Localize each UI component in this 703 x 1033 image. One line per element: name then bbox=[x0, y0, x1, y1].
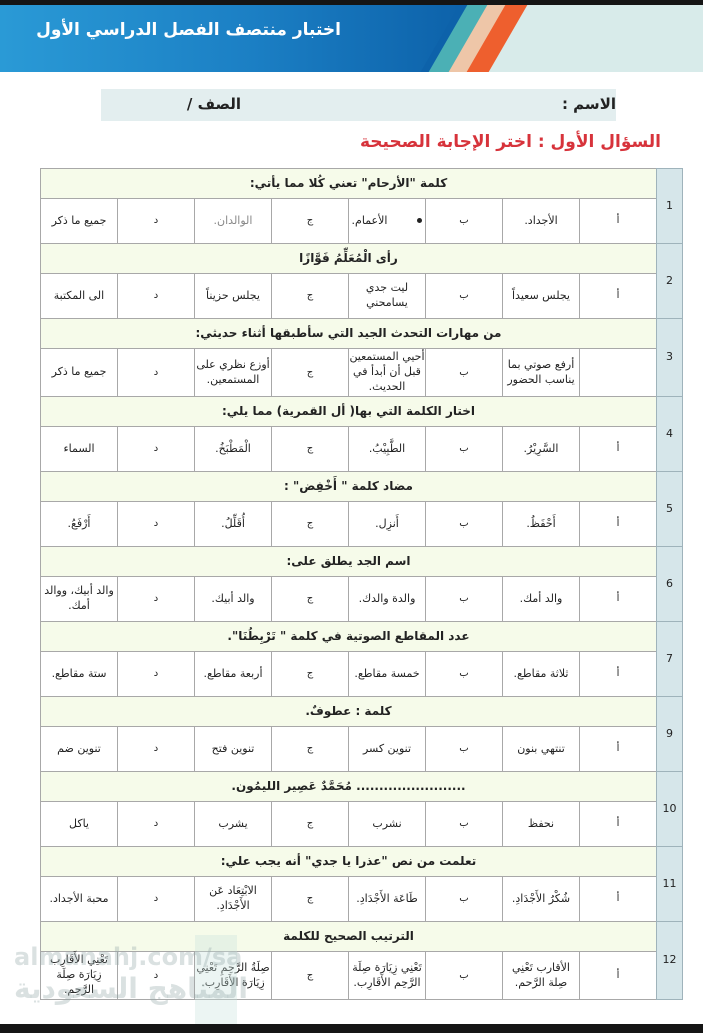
option-letter-a: أ bbox=[580, 652, 657, 697]
option-a[interactable]: نحفظ bbox=[503, 802, 580, 847]
question-number: 7 bbox=[657, 622, 683, 697]
option-b[interactable]: أَنزِل. bbox=[349, 502, 426, 547]
option-letter-d: د bbox=[118, 877, 195, 922]
option-d[interactable]: والد أبيك، ووالد أمك. bbox=[41, 577, 118, 622]
option-letter-b: ب bbox=[426, 652, 503, 697]
option-letter-c: ج bbox=[272, 952, 349, 1000]
options-row: أشُكْرُ الأَجْدَادِ.بطَاعَة الأَجْدَادِ.… bbox=[41, 877, 683, 922]
option-letter-d: د bbox=[118, 577, 195, 622]
exam-title: اختبار منتصف الفصل الدراسي الأول bbox=[36, 20, 341, 40]
option-a[interactable]: يجلس سعيداً bbox=[503, 274, 580, 319]
options-row: أوالد أمك.بوالدة والدك.جوالد أبيك.دوالد … bbox=[41, 577, 683, 622]
option-letter-c: ج bbox=[272, 577, 349, 622]
class-label: الصف / bbox=[187, 95, 241, 113]
question-text: اسم الجد يطلق على: bbox=[41, 547, 657, 577]
question-text: عدد المقاطع الصوتية في كلمة " تَرْبِطُنَ… bbox=[41, 622, 657, 652]
option-d[interactable]: جميع ما ذكر bbox=[41, 349, 118, 397]
option-letter-d: د bbox=[118, 427, 195, 472]
question-number: 2 bbox=[657, 244, 683, 319]
option-letter-b: ب bbox=[426, 199, 503, 244]
question-text: كلمة "الأرحام" تعني كُلا مما يأتي: bbox=[41, 169, 657, 199]
option-letter-c: ج bbox=[272, 877, 349, 922]
option-b[interactable]: والدة والدك. bbox=[349, 577, 426, 622]
question-number: 12 bbox=[657, 922, 683, 1000]
option-c[interactable]: الابْتِعَاد عَن الأَجْدَادِ. bbox=[195, 877, 272, 922]
option-d[interactable]: السماء bbox=[41, 427, 118, 472]
option-letter-c: ج bbox=[272, 199, 349, 244]
question-text: ........................ مُحَمَّدٌ عَصِي… bbox=[41, 772, 657, 802]
option-letter-b: ب bbox=[426, 349, 503, 397]
question-number: 4 bbox=[657, 397, 683, 472]
option-letter-b: ب bbox=[426, 802, 503, 847]
option-d[interactable]: تنوين ضم bbox=[41, 727, 118, 772]
options-row: أيجلس سعيداًبليت جدي يسامحنيجيجلس حزيناً… bbox=[41, 274, 683, 319]
question-text: اختار الكلمة التي بها( أل القمرية) مما ي… bbox=[41, 397, 657, 427]
option-letter-c: ج bbox=[272, 652, 349, 697]
option-b[interactable]: ليت جدي يسامحني bbox=[349, 274, 426, 319]
option-d[interactable]: الى المكتبة bbox=[41, 274, 118, 319]
option-b[interactable]: الطَّبِيْبُ. bbox=[349, 427, 426, 472]
option-b[interactable]: نشرب bbox=[349, 802, 426, 847]
option-letter-c: ج bbox=[272, 427, 349, 472]
option-c[interactable]: أوزع نظري على المستمعين. bbox=[195, 349, 272, 397]
option-letter-c: ج bbox=[272, 349, 349, 397]
option-letter-a: أ bbox=[580, 427, 657, 472]
option-c[interactable]: يشرب bbox=[195, 802, 272, 847]
option-letter-a: أ bbox=[580, 952, 657, 1000]
option-letter-d: د bbox=[118, 199, 195, 244]
question-text: من مهارات التحدث الجيد التي سأطبقها أثنا… bbox=[41, 319, 657, 349]
question-row: 10........................ مُحَمَّدٌ عَص… bbox=[41, 772, 683, 802]
question-number: 3 bbox=[657, 319, 683, 397]
student-info-bar: الاسم : الصف / bbox=[101, 89, 616, 121]
options-row: أالأقارب تَعْنِي صِلة الرَّحم.بتَعْنِي ز… bbox=[41, 952, 683, 1000]
option-letter-a: أ bbox=[580, 877, 657, 922]
question-text: مضاد كلمة " أَخْفِض" : bbox=[41, 472, 657, 502]
option-letter-d: د bbox=[118, 652, 195, 697]
options-row: أالسَّرِيْرُ.بالطَّبِيْبُ.جالْمَطْبَخُ.د… bbox=[41, 427, 683, 472]
option-d[interactable]: ستة مقاطع. bbox=[41, 652, 118, 697]
option-d[interactable]: أَرْفَعُ. bbox=[41, 502, 118, 547]
option-b[interactable]: تَعْنِي زِيَارَة صِلَة الرَّحِم الأَقَار… bbox=[349, 952, 426, 1000]
question-row: 1كلمة "الأرحام" تعني كُلا مما يأتي: bbox=[41, 169, 683, 199]
question-row: 2رأى الْمُعَلِّمُ فَوَّازًا bbox=[41, 244, 683, 274]
option-c[interactable]: الوالدان. bbox=[195, 199, 272, 244]
option-letter-c: ج bbox=[272, 274, 349, 319]
option-letter-b: ب bbox=[426, 577, 503, 622]
option-letter-d: د bbox=[118, 274, 195, 319]
option-letter-a: أ bbox=[580, 577, 657, 622]
option-letter-b: ب bbox=[426, 502, 503, 547]
option-a[interactable]: والد أمك. bbox=[503, 577, 580, 622]
option-letter-a: أ bbox=[580, 727, 657, 772]
option-a[interactable]: الأقارب تَعْنِي صِلة الرَّحم. bbox=[503, 952, 580, 1000]
options-row: أالأجداد.بالأعمام.جالوالدان.دجميع ما ذكر bbox=[41, 199, 683, 244]
question-row: 4اختار الكلمة التي بها( أل القمرية) مما … bbox=[41, 397, 683, 427]
option-letter-a: أ bbox=[580, 802, 657, 847]
option-a[interactable]: أَحْفَظُ. bbox=[503, 502, 580, 547]
question-row: 6اسم الجد يطلق على: bbox=[41, 547, 683, 577]
question-number: 5 bbox=[657, 472, 683, 547]
option-letter-b: ب bbox=[426, 427, 503, 472]
option-letter-b: ب bbox=[426, 274, 503, 319]
option-c[interactable]: أُقَلِّلُ. bbox=[195, 502, 272, 547]
option-letter-b: ب bbox=[426, 727, 503, 772]
option-a[interactable]: شُكْرُ الأَجْدَادِ. bbox=[503, 877, 580, 922]
option-letter-a: أ bbox=[580, 274, 657, 319]
option-d[interactable]: جميع ما ذكر bbox=[41, 199, 118, 244]
option-letter-c: ج bbox=[272, 727, 349, 772]
option-b[interactable]: تنوين كسر bbox=[349, 727, 426, 772]
option-letter-a bbox=[580, 349, 657, 397]
option-text: الأعمام. bbox=[352, 214, 388, 227]
question-row: 5مضاد كلمة " أَخْفِض" : bbox=[41, 472, 683, 502]
options-row: أتنتهي بنونبتنوين كسرجتنوين فتحدتنوين ضم bbox=[41, 727, 683, 772]
question-row: 3من مهارات التحدث الجيد التي سأطبقها أثن… bbox=[41, 319, 683, 349]
options-row: أأَحْفَظُ.بأَنزِل.جأُقَلِّلُ.دأَرْفَعُ. bbox=[41, 502, 683, 547]
name-label: الاسم : bbox=[562, 95, 616, 113]
question-number: 6 bbox=[657, 547, 683, 622]
bullet-dot-icon bbox=[417, 218, 422, 223]
option-d[interactable]: تَعْنِي الأَقَارِب زِيَارَة صِلَة الرَّح… bbox=[41, 952, 118, 1000]
options-row: أرفع صوتي بما يناسب الحضوربأحيي المستمعي… bbox=[41, 349, 683, 397]
question-text: الترتيب الصحيح للكلمة bbox=[41, 922, 657, 952]
option-b[interactable]: خمسة مقاطع. bbox=[349, 652, 426, 697]
option-c[interactable]: يجلس حزيناً bbox=[195, 274, 272, 319]
option-c[interactable]: تنوين فتح bbox=[195, 727, 272, 772]
question-row: 11تعلمت من نص "عذرا يا جدي" أنه يجب علي: bbox=[41, 847, 683, 877]
question-number: 9 bbox=[657, 697, 683, 772]
question-row: 12الترتيب الصحيح للكلمة bbox=[41, 922, 683, 952]
option-letter-b: ب bbox=[426, 952, 503, 1000]
bottom-bar bbox=[0, 1024, 703, 1033]
option-letter-d: د bbox=[118, 802, 195, 847]
option-letter-a: أ bbox=[580, 199, 657, 244]
header-banner: اختبار منتصف الفصل الدراسي الأول bbox=[0, 0, 703, 72]
options-row: أثلاثة مقاطع.بخمسة مقاطع.جأربعة مقاطع.دس… bbox=[41, 652, 683, 697]
option-c[interactable]: أربعة مقاطع. bbox=[195, 652, 272, 697]
option-a[interactable]: الأجداد. bbox=[503, 199, 580, 244]
watermark-block bbox=[195, 935, 237, 1025]
section-title: السؤال الأول : اختر الإجابة الصحيحة bbox=[360, 132, 661, 152]
option-c[interactable]: والد أبيك. bbox=[195, 577, 272, 622]
question-number: 1 bbox=[657, 169, 683, 244]
option-c[interactable]: الْمَطْبَخُ. bbox=[195, 427, 272, 472]
option-letter-d: د bbox=[118, 349, 195, 397]
question-text: كلمة : عطوفٌ. bbox=[41, 697, 657, 727]
questions-table: 1كلمة "الأرحام" تعني كُلا مما يأتي:أالأج… bbox=[40, 168, 683, 1000]
option-letter-d: د bbox=[118, 502, 195, 547]
question-text: تعلمت من نص "عذرا يا جدي" أنه يجب علي: bbox=[41, 847, 657, 877]
option-a[interactable]: تنتهي بنون bbox=[503, 727, 580, 772]
option-a[interactable]: ثلاثة مقاطع. bbox=[503, 652, 580, 697]
option-letter-d: د bbox=[118, 952, 195, 1000]
option-letter-a: أ bbox=[580, 502, 657, 547]
option-b[interactable]: أحيي المستمعين قبل أن أبدأ في الحديث. bbox=[349, 349, 426, 397]
option-letter-c: ج bbox=[272, 502, 349, 547]
option-a[interactable]: أرفع صوتي بما يناسب الحضور bbox=[503, 349, 580, 397]
option-d[interactable]: ياكل bbox=[41, 802, 118, 847]
option-letter-b: ب bbox=[426, 877, 503, 922]
option-b[interactable]: طَاعَة الأَجْدَادِ. bbox=[349, 877, 426, 922]
option-d[interactable]: محبة الأجداد. bbox=[41, 877, 118, 922]
question-number: 11 bbox=[657, 847, 683, 922]
question-number: 10 bbox=[657, 772, 683, 847]
option-a[interactable]: السَّرِيْرُ. bbox=[503, 427, 580, 472]
options-row: أنحفظبنشربجيشربدياكل bbox=[41, 802, 683, 847]
question-row: 7عدد المقاطع الصوتية في كلمة " تَرْبِطُن… bbox=[41, 622, 683, 652]
question-row: 9كلمة : عطوفٌ. bbox=[41, 697, 683, 727]
option-letter-d: د bbox=[118, 727, 195, 772]
option-b[interactable]: الأعمام. bbox=[349, 199, 426, 244]
option-letter-c: ج bbox=[272, 802, 349, 847]
question-text: رأى الْمُعَلِّمُ فَوَّازًا bbox=[41, 244, 657, 274]
